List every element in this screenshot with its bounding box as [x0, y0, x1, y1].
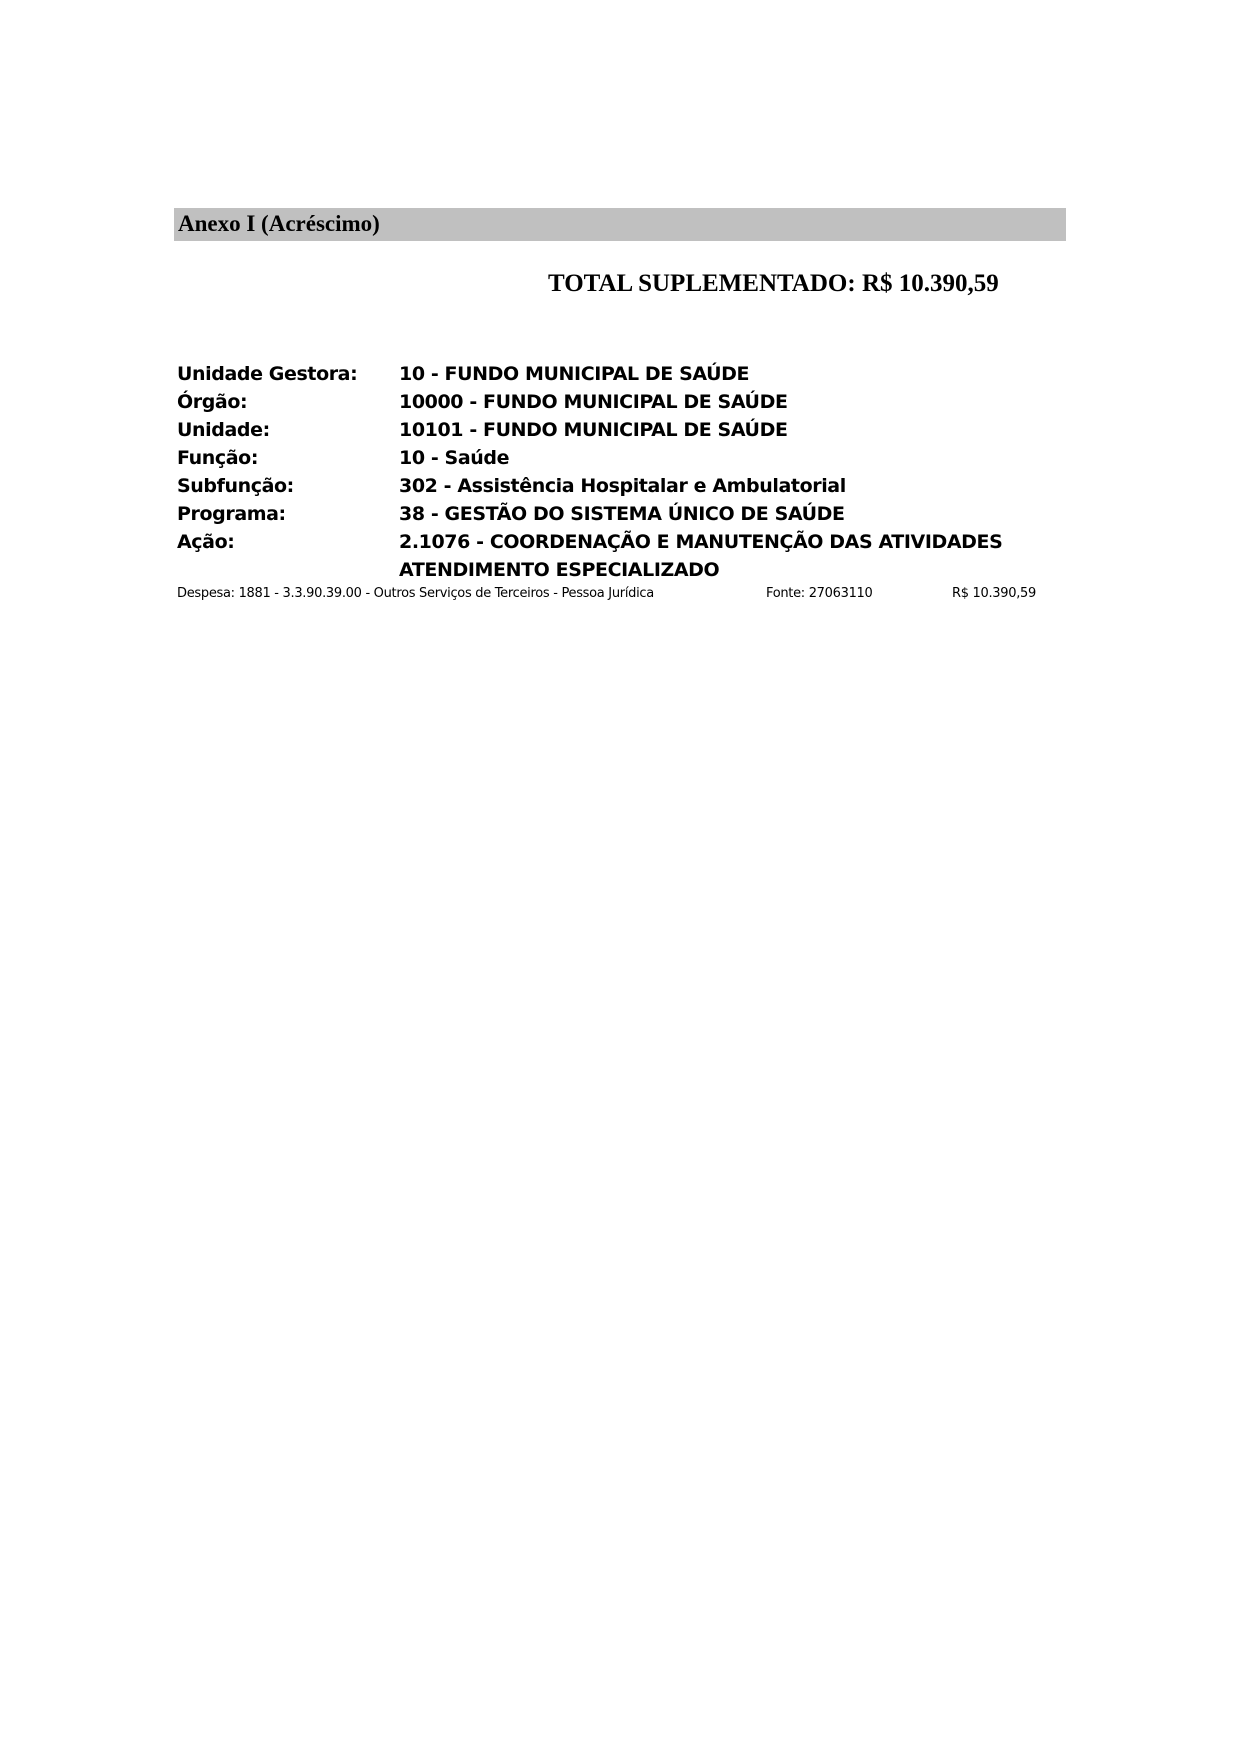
- total-supplemented: TOTAL SUPLEMENTADO: R$ 10.390,59: [548, 268, 999, 300]
- expense-amount: R$ 10.390,59: [952, 584, 1036, 604]
- info-label: Função:: [177, 444, 399, 472]
- info-row-orgao: Órgão: 10000 - FUNDO MUNICIPAL DE SAÚDE: [177, 388, 1077, 416]
- info-label: Ação:: [177, 528, 399, 584]
- info-label: Unidade:: [177, 416, 399, 444]
- info-row-unidade: Unidade: 10101 - FUNDO MUNICIPAL DE SAÚD…: [177, 416, 1077, 444]
- info-value-line-2: ATENDIMENTO ESPECIALIZADO: [399, 556, 1077, 584]
- info-value: 302 - Assistência Hospitalar e Ambulator…: [399, 472, 1077, 500]
- info-label: Programa:: [177, 500, 399, 528]
- annex-header-bar: Anexo I (Acréscimo): [174, 208, 1066, 241]
- annex-title: Anexo I (Acréscimo): [178, 210, 380, 238]
- info-value: 38 - GESTÃO DO SISTEMA ÚNICO DE SAÚDE: [399, 500, 1077, 528]
- info-value-line-1: 2.1076 - COORDENAÇÃO E MANUTENÇÃO DAS AT…: [399, 528, 1077, 556]
- info-value: 10000 - FUNDO MUNICIPAL DE SAÚDE: [399, 388, 1077, 416]
- budget-info-block: Unidade Gestora: 10 - FUNDO MUNICIPAL DE…: [177, 360, 1077, 584]
- info-value: 10 - FUNDO MUNICIPAL DE SAÚDE: [399, 360, 1077, 388]
- expense-source: Fonte: 27063110: [766, 584, 872, 604]
- expense-description: Despesa: 1881 - 3.3.90.39.00 - Outros Se…: [177, 584, 654, 604]
- info-label: Subfunção:: [177, 472, 399, 500]
- info-label: Unidade Gestora:: [177, 360, 399, 388]
- info-value: 10 - Saúde: [399, 444, 1077, 472]
- info-value: 10101 - FUNDO MUNICIPAL DE SAÚDE: [399, 416, 1077, 444]
- info-row-programa: Programa: 38 - GESTÃO DO SISTEMA ÚNICO D…: [177, 500, 1077, 528]
- info-row-funcao: Função: 10 - Saúde: [177, 444, 1077, 472]
- info-row-unidade-gestora: Unidade Gestora: 10 - FUNDO MUNICIPAL DE…: [177, 360, 1077, 388]
- info-value-multiline: 2.1076 - COORDENAÇÃO E MANUTENÇÃO DAS AT…: [399, 528, 1077, 584]
- info-row-subfuncao: Subfunção: 302 - Assistência Hospitalar …: [177, 472, 1077, 500]
- info-row-acao: Ação: 2.1076 - COORDENAÇÃO E MANUTENÇÃO …: [177, 528, 1077, 584]
- info-label: Órgão:: [177, 388, 399, 416]
